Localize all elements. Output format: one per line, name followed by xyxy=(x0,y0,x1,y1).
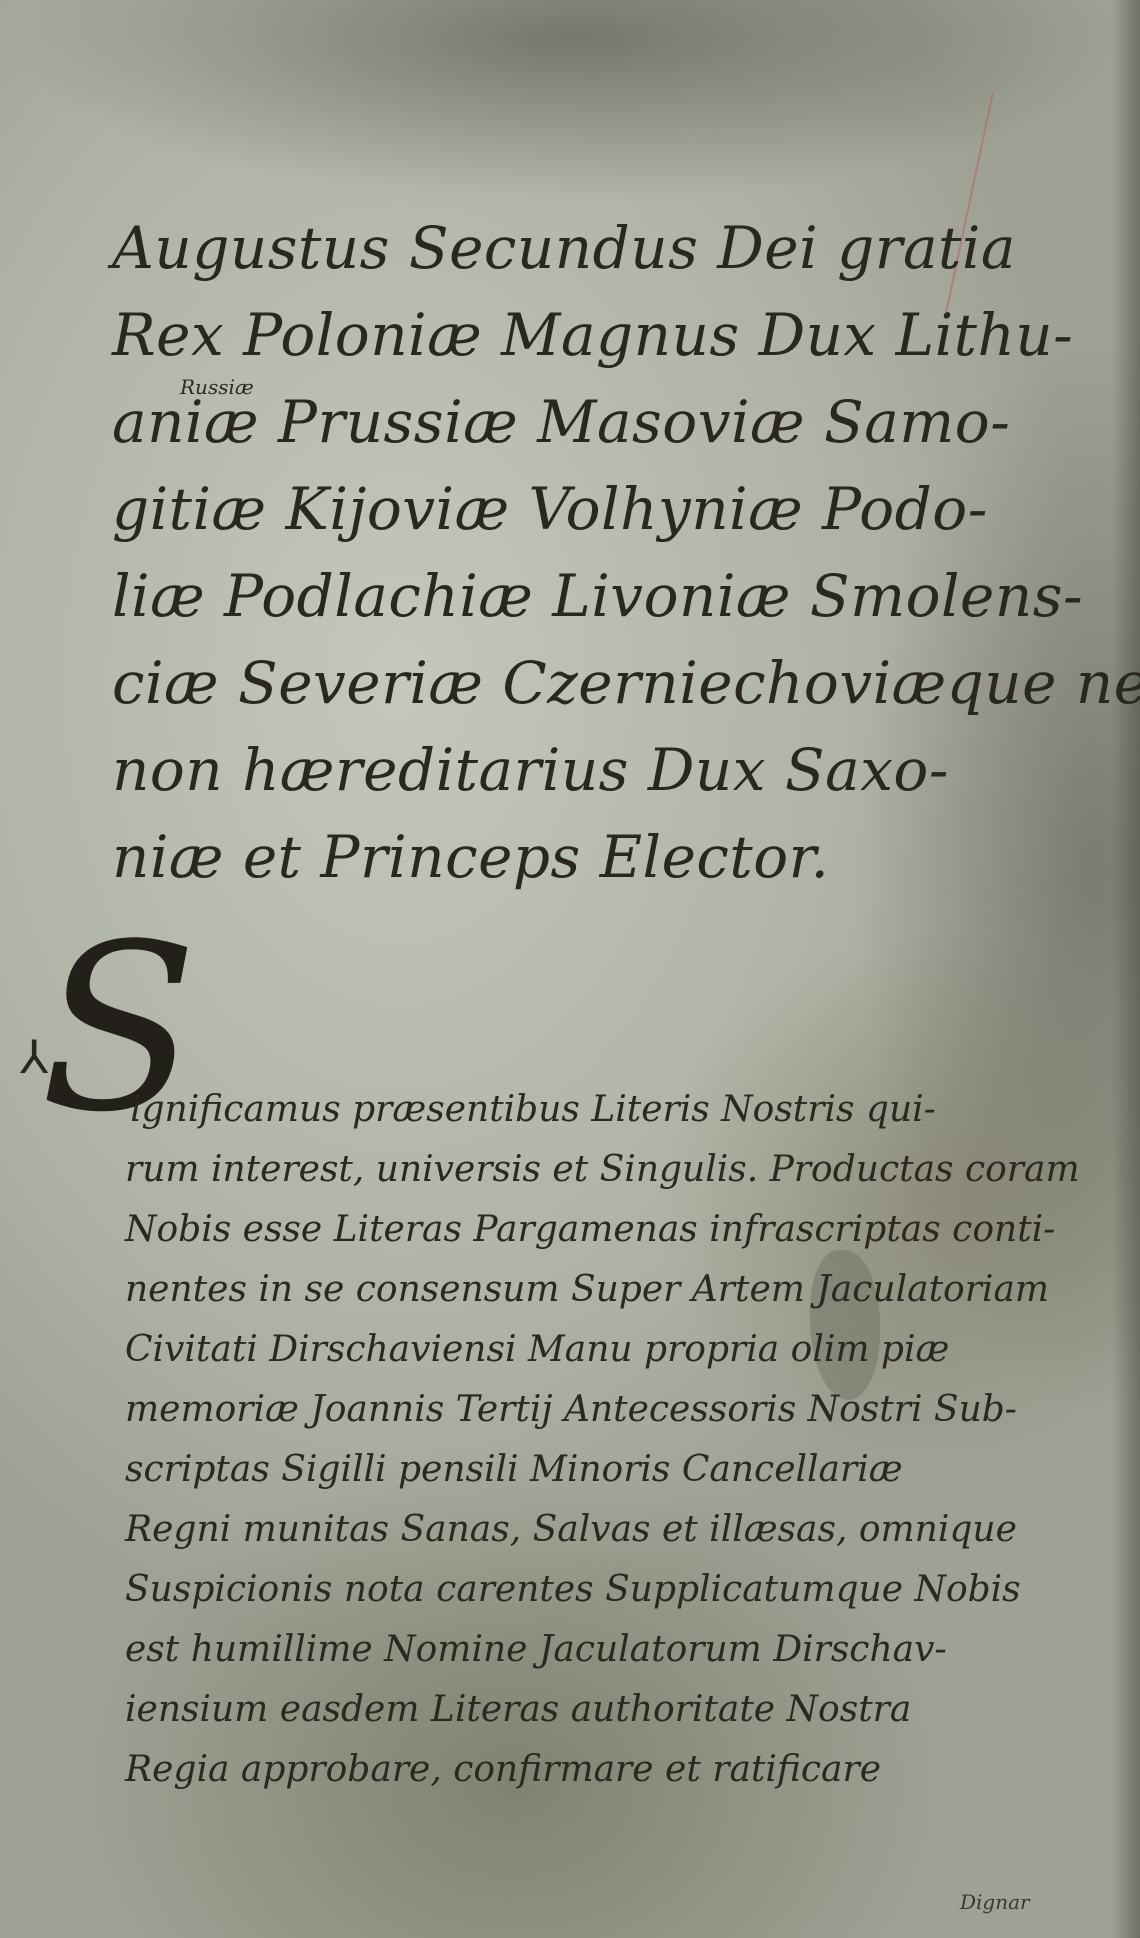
title-line: ciæ Severiæ Czerniechoviæque nec xyxy=(112,640,1122,727)
body-line: Regni munitas Sanas, Salvas et illæsas, … xyxy=(125,1500,1125,1560)
title-line: niæ et Princeps Elector. xyxy=(112,814,1122,901)
title-line: gitiæ Kijoviæ Volhyniæ Podo- xyxy=(112,466,1122,553)
body-line: scriptas Sigilli pensili Minoris Cancell… xyxy=(125,1440,1125,1500)
body-line: nentes in se consensum Super Artem Jacul… xyxy=(125,1260,1125,1320)
title-line: liæ Podlachiæ Livoniæ Smolens- xyxy=(112,553,1122,640)
body-line: Regia approbare, confirmare et ratificar… xyxy=(125,1740,1125,1800)
body-line: ignificamus præsentibus Literis Nostris … xyxy=(125,1080,1125,1140)
title-line: Rex Poloniæ Magnus Dux Lithu- xyxy=(112,292,1122,379)
body-line: rum interest, universis et Singulis. Pro… xyxy=(125,1140,1125,1200)
catchword: Dignar xyxy=(960,1890,1030,1914)
body-line: Nobis esse Literas Pargamenas infrascrip… xyxy=(125,1200,1125,1260)
body-line: est humillime Nomine Jaculatorum Dirscha… xyxy=(125,1620,1125,1680)
title-line: Augustus Secundus Dei gratia xyxy=(112,205,1122,292)
body-line: Civitati Dirschaviensi Manu propria olim… xyxy=(125,1320,1125,1380)
manuscript-page: Russiæ Augustus Secundus Dei gratia Rex … xyxy=(0,0,1140,1938)
body-line: iensium easdem Literas authoritate Nostr… xyxy=(125,1680,1125,1740)
charter-body: ignificamus præsentibus Literis Nostris … xyxy=(125,1080,1125,1800)
title-line: aniæ Prussiæ Masoviæ Samo- xyxy=(112,379,1122,466)
royal-title-block: Augustus Secundus Dei gratia Rex Poloniæ… xyxy=(112,205,1122,901)
body-line: memoriæ Joannis Tertij Antecessoris Nost… xyxy=(125,1380,1125,1440)
body-line: Suspicionis nota carentes Supplicatumque… xyxy=(125,1560,1125,1620)
title-line: non hæreditarius Dux Saxo- xyxy=(112,727,1122,814)
